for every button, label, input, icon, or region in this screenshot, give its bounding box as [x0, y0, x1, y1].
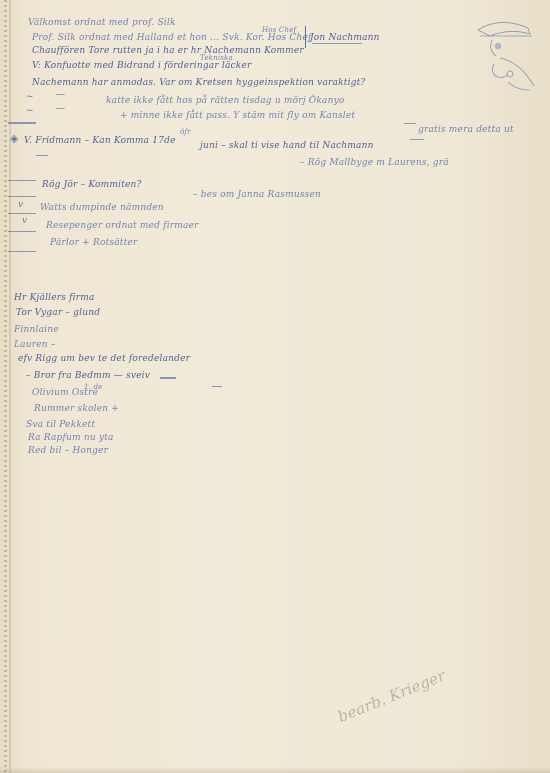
check-rule	[8, 196, 36, 197]
checklist-item: Pärlor + Rotsätter	[50, 238, 137, 248]
list-line: Lauren –	[14, 340, 56, 350]
ditto-mark: ~	[26, 92, 34, 102]
margin-name: Jon Nachmann	[310, 33, 380, 43]
handwritten-line: Prof. Silk ordnat med Halland et hon ...…	[32, 33, 311, 43]
check-rule	[8, 180, 36, 181]
pencil-annotation: bearb. Krieger	[335, 667, 448, 726]
dash	[410, 139, 424, 140]
handwritten-line: V: Konfuotte med Bidrand i förderingar l…	[32, 61, 252, 71]
handwritten-line: – Rög Mallbyge m Laurens, grä	[300, 158, 449, 168]
checklist-note: – bes om Janna Rasmussen	[193, 190, 321, 200]
handwritten-line: Nachemann har anmodas. Var om Kretsen hy…	[32, 78, 365, 88]
interlinear-note: Hos Chef	[262, 26, 296, 34]
ditto-mark: ~	[26, 106, 34, 116]
handwritten-line: Välkomst ordnat med prof. Silk	[28, 18, 176, 28]
handwritten-line: V. Fridmann – Kan Komma 17de	[24, 136, 176, 146]
handwritten-line: juni – skal ti vise hand til Nachmann	[200, 141, 374, 151]
ditto-mark: —	[56, 104, 65, 114]
perforated-edge	[4, 0, 7, 773]
check-rule	[8, 251, 36, 252]
list-line: Sva til Pekkett	[26, 420, 95, 430]
checklist-item: Rög Jör – Kommiten?	[42, 180, 142, 190]
list-line: Red bil – Honger	[28, 446, 108, 456]
section-rule	[8, 122, 36, 124]
right-note: gratis mera detta ut	[418, 125, 514, 135]
list-line: Ra Rapfum nu yta	[28, 433, 114, 443]
manuscript-page: Välkomst ordnat med prof. Silk Prof. Sil…	[0, 0, 550, 773]
handwritten-line: + minne ikke fått pass. Y stäm mit fly o…	[120, 111, 355, 121]
face-sketch-icon	[470, 10, 540, 95]
list-line: Finnlaine	[14, 325, 59, 335]
check-mark: v	[22, 216, 27, 226]
list-line: efv Rigg um bev te det foredelander	[18, 354, 190, 364]
checklist-item: Watts dumpinde nämnden	[40, 203, 164, 213]
ditto-mark: —	[56, 90, 65, 100]
list-line: Rummer skolen +	[34, 404, 119, 414]
checklist-item: Resepenger ordnat med firmaer	[46, 221, 199, 231]
handwritten-line: katte ikke fått hos på rätten tisdag u m…	[106, 96, 345, 106]
binding-fold	[9, 0, 11, 773]
superscript: öfr	[180, 128, 191, 136]
underline	[312, 43, 362, 44]
dash	[160, 377, 176, 379]
list-line: Hr Kjällers firma	[14, 293, 95, 303]
superscript: 1. de	[84, 383, 103, 391]
dash	[36, 155, 48, 156]
line-text: Prof. Silk ordnat med Halland et hon ...…	[32, 33, 311, 43]
diamond-mark-icon: ◈	[10, 132, 18, 145]
handwritten-line: Chauffören Tore rutten ja i ha er hr Nac…	[32, 46, 304, 56]
check-rule	[8, 213, 36, 214]
divider-bar	[305, 26, 306, 48]
list-line: – Bror fra Bedmm — sveiv	[26, 371, 150, 381]
check-rule	[8, 231, 36, 232]
check-mark: v	[18, 200, 23, 210]
dash	[212, 386, 222, 387]
list-line: Tor Vygar – glund	[16, 308, 100, 318]
dash	[404, 123, 416, 124]
